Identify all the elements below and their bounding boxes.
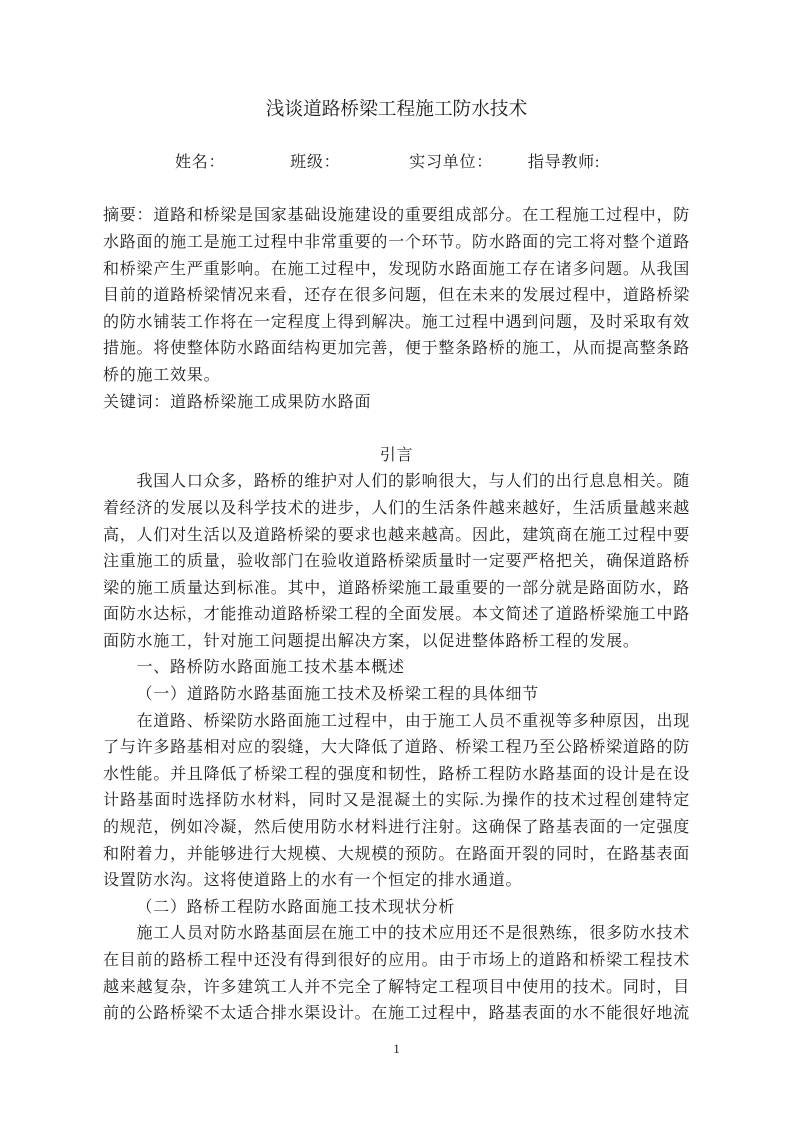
internship-unit-label: 实习单位： [409, 150, 493, 177]
section-1-1-heading: （一）道路防水路基面施工技术及桥梁工程的具体细节 [103, 682, 690, 709]
class-label: 班级： [290, 150, 340, 177]
intro-paragraph: 我国人口众多，路桥的维护对人们的影响很大，与人们的出行息息相关。随着经济的发展以… [103, 469, 690, 655]
section-1-heading: 一、路桥防水路面施工技术基本概述 [103, 655, 690, 682]
keywords-line: 关键词：道路桥梁施工成果防水路面 [103, 390, 690, 417]
page-number: 1 [0, 1041, 793, 1057]
abstract-paragraph: 摘要：道路和桥梁是国家基础设施建设的重要组成部分。在工程施工过程中，防水路面的施… [103, 203, 690, 389]
section-1-2-heading: （二）路桥工程防水路面施工技术现状分析 [103, 895, 690, 922]
section-1-1-paragraph: 在道路、桥梁防水路面施工过程中，由于施工人员不重视等多种原因，出现了与许多路基相… [103, 709, 690, 895]
document-title: 浅谈道路桥梁工程施工防水技术 [103, 97, 690, 124]
name-label: 姓名： [175, 150, 225, 177]
intro-heading: 引言 [103, 443, 690, 470]
document-body: 浅谈道路桥梁工程施工防水技术 姓名： 班级： 实习单位： 指导教师: 摘要：道路… [103, 97, 690, 1028]
section-1-2-paragraph: 施工人员对防水路基面层在施工中的技术应用还不是很熟练，很多防水技术在目前的路桥工… [103, 921, 690, 1027]
document-page: 浅谈道路桥梁工程施工防水技术 姓名： 班级： 实习单位： 指导教师: 摘要：道路… [0, 0, 793, 1122]
byline: 姓名： 班级： 实习单位： 指导教师: [103, 150, 690, 177]
advisor-label: 指导教师: [528, 150, 600, 177]
